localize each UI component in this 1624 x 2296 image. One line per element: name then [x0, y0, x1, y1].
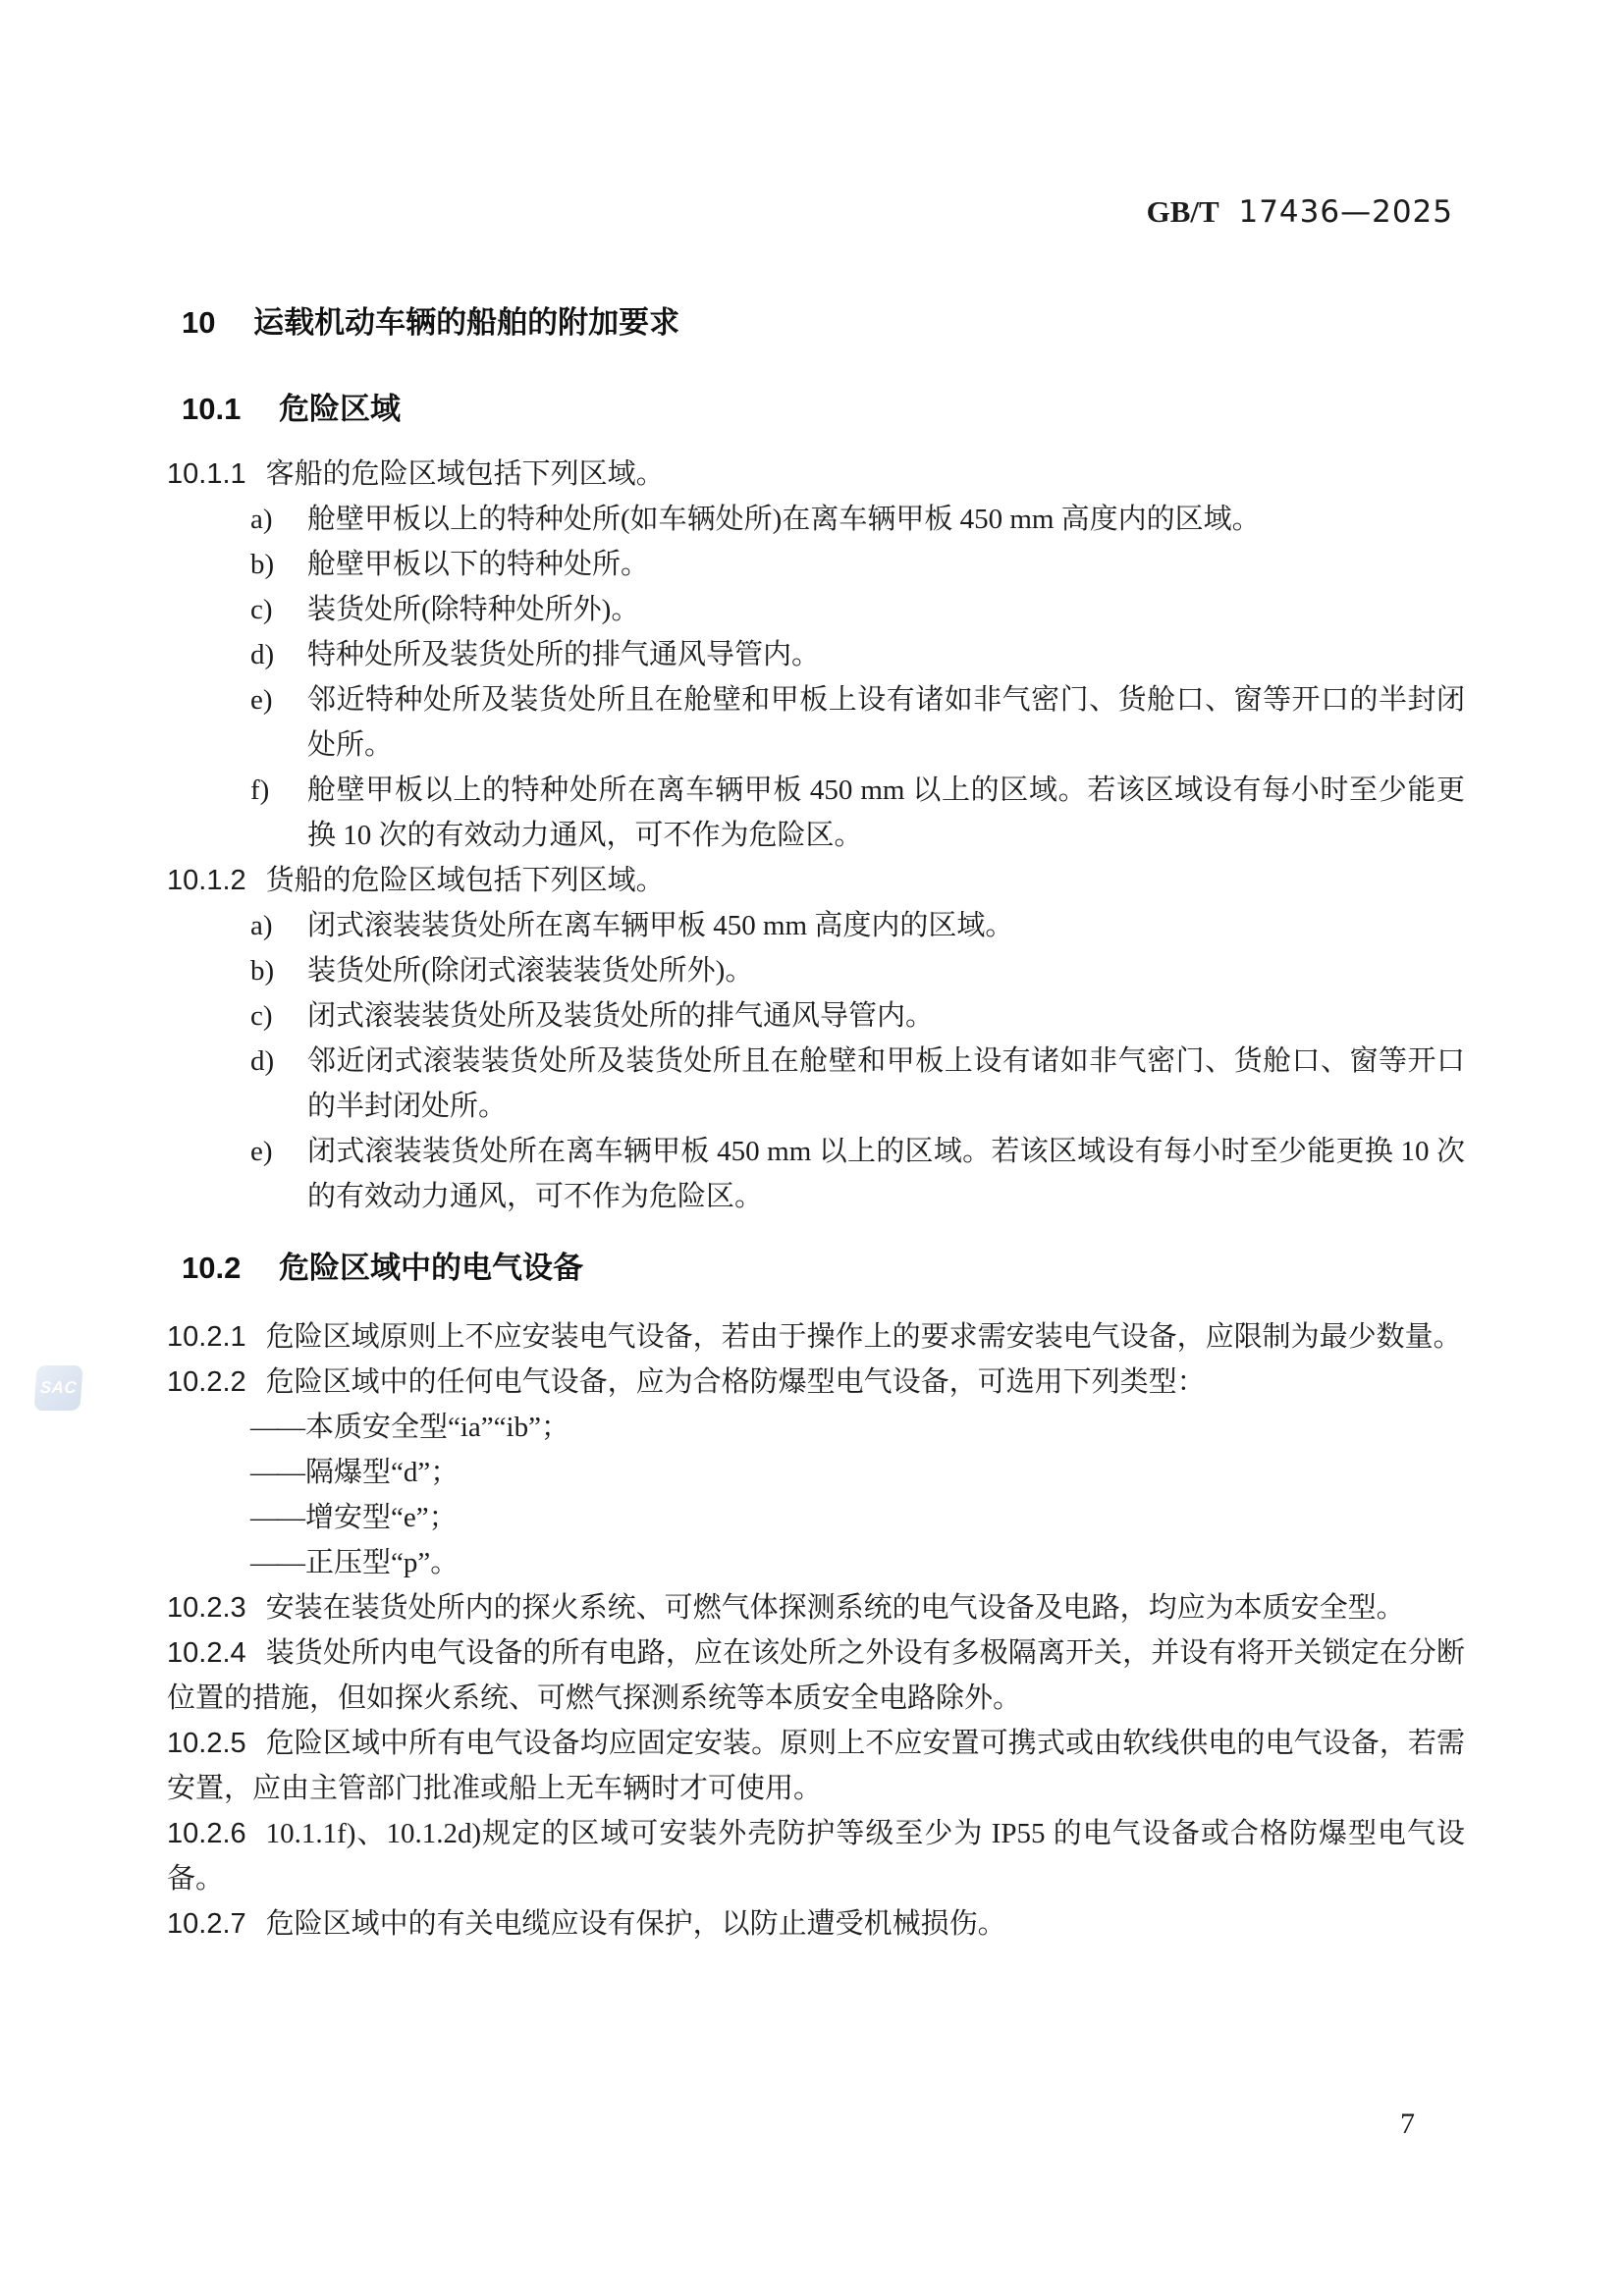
em-dash: ——	[250, 1502, 303, 1533]
clause-text: 货船的危险区域包括下列区域。	[266, 865, 665, 896]
clause-10-2-7: 10.2.7危险区域中的有关电缆应设有保护，以防止遭受机械损伤。	[167, 1901, 1465, 1947]
sac-watermark-text: SAC	[39, 1378, 78, 1398]
dash-item-text: 隔爆型“d”；	[305, 1457, 459, 1488]
clause-10-2-1: 10.2.1危险区域原则上不应安装电气设备，若由于操作上的要求需安装电气设备，应…	[167, 1314, 1465, 1360]
clause-number: 10.2.1	[167, 1321, 246, 1353]
list-item-label: b)	[250, 948, 307, 993]
em-dash: ——	[250, 1547, 303, 1578]
clause-10-2-5: 10.2.5危险区域中所有电气设备均应固定安装。原则上不应安置可携式或由软线供电…	[167, 1721, 1465, 1811]
list-item: f) 舱壁甲板以上的特种处所在离车辆甲板 450 mm 以上的区域。若该区域设有…	[167, 768, 1465, 858]
standard-code-number: 17436—2025	[1238, 194, 1453, 230]
list-item-text: 邻近特种处所及装货处所且在舱壁和甲板上设有诸如非气密门、货舱口、窗等开口的半封闭…	[307, 677, 1465, 768]
dash-item-text: 正压型“p”。	[305, 1547, 459, 1578]
clause-text: 危险区域原则上不应安装电气设备，若由于操作上的要求需安装电气设备，应限制为最少数…	[266, 1321, 1462, 1353]
list-item-label: a)	[250, 497, 307, 542]
list-item-text: 舱壁甲板以上的特种处所在离车辆甲板 450 mm 以上的区域。若该区域设有每小时…	[307, 768, 1465, 858]
clause-10-2-6: 10.2.610.1.1f)、10.1.2d)规定的区域可安装外壳防护等级至少为…	[167, 1811, 1465, 1901]
clause-number: 10.2.4	[167, 1637, 246, 1669]
dash-list-item: ——正压型“p”。	[167, 1540, 1465, 1585]
list-item: d) 特种处所及装货处所的排气通风导管内。	[167, 632, 1465, 677]
clause-text: 客船的危险区域包括下列区域。	[266, 458, 665, 490]
sac-watermark-badge: SAC	[33, 1365, 82, 1411]
clause-number: 10.2.2	[167, 1366, 246, 1398]
clause-number: 10.2.6	[167, 1818, 246, 1849]
document-page: GB/T 17436—2025 SAC 10 运载机动车辆的船舶的附加要求 10…	[0, 0, 1624, 2296]
list-item: a) 舱壁甲板以上的特种处所(如车辆处所)在离车辆甲板 450 mm 高度内的区…	[167, 497, 1465, 542]
clause-text: 10.1.1f)、10.1.2d)规定的区域可安装外壳防护等级至少为 IP55 …	[167, 1818, 1465, 1895]
list-item-text: 舱壁甲板以下的特种处所。	[307, 542, 1465, 587]
section-number: 10.2	[182, 1251, 241, 1285]
clause-text: 危险区域中的有关电缆应设有保护，以防止遭受机械损伤。	[266, 1908, 1006, 1940]
list-item-label: c)	[250, 587, 307, 632]
list-item: a) 闭式滚装装货处所在离车辆甲板 450 mm 高度内的区域。	[167, 903, 1465, 948]
standard-code: GB/T 17436—2025	[1147, 194, 1453, 230]
chapter-heading: 10 运载机动车辆的船舶的附加要求	[167, 300, 1465, 346]
clause-text: 安装在装货处所内的探火系统、可燃气体探测系统的电气设备及电路，均应为本质安全型。	[266, 1592, 1405, 1624]
clause-number: 10.2.7	[167, 1908, 246, 1940]
clause-10-1-1: 10.1.1客船的危险区域包括下列区域。	[167, 452, 1465, 497]
list-item-label: a)	[250, 903, 307, 948]
chapter-title: 运载机动车辆的船舶的附加要求	[253, 305, 679, 340]
standard-code-prefix: GB/T	[1147, 194, 1219, 229]
section-title: 危险区域中的电气设备	[279, 1251, 583, 1285]
list-item-text: 特种处所及装货处所的排气通风导管内。	[307, 632, 1465, 677]
document-content: 10 运载机动车辆的船舶的附加要求 10.1 危险区域 10.1.1客船的危险区…	[167, 300, 1465, 1947]
list-item-text: 装货处所(除特种处所外)。	[307, 587, 1465, 632]
list-item-label: d)	[250, 632, 307, 677]
dash-list-item: ——本质安全型“ia”“ib”；	[167, 1405, 1465, 1450]
list-item-text: 邻近闭式滚装装货处所及装货处所且在舱壁和甲板上设有诸如非气密门、货舱口、窗等开口…	[307, 1039, 1465, 1129]
list-item-label: c)	[250, 993, 307, 1039]
list-item-label: f)	[250, 768, 307, 858]
list-item: c) 闭式滚装装货处所及装货处所的排气通风导管内。	[167, 993, 1465, 1039]
list-item: b) 舱壁甲板以下的特种处所。	[167, 542, 1465, 587]
em-dash: ——	[250, 1412, 303, 1443]
clause-10-2-4: 10.2.4装货处所内电气设备的所有电路，应在该处所之外设有多极隔离开关，并设有…	[167, 1630, 1465, 1721]
list-item: c) 装货处所(除特种处所外)。	[167, 587, 1465, 632]
dash-list-item: ——增安型“e”；	[167, 1495, 1465, 1540]
section-number: 10.1	[182, 392, 241, 426]
list-item-text: 舱壁甲板以上的特种处所(如车辆处所)在离车辆甲板 450 mm 高度内的区域。	[307, 497, 1465, 542]
clause-number: 10.2.3	[167, 1592, 246, 1624]
em-dash: ——	[250, 1457, 303, 1488]
list-item-label: e)	[250, 1129, 307, 1219]
dash-list-item: ——隔爆型“d”；	[167, 1450, 1465, 1495]
list-item: b) 装货处所(除闭式滚装装货处所外)。	[167, 948, 1465, 993]
list-item-label: e)	[250, 677, 307, 768]
chapter-number: 10	[182, 305, 215, 340]
dash-item-text: 增安型“e”；	[305, 1502, 458, 1533]
list-item: e) 闭式滚装装货处所在离车辆甲板 450 mm 以上的区域。若该区域设有每小时…	[167, 1129, 1465, 1219]
clause-text: 危险区域中的任何电气设备，应为合格防爆型电气设备，可选用下列类型：	[266, 1366, 1206, 1398]
list-item-label: d)	[250, 1039, 307, 1129]
list-item: d) 邻近闭式滚装装货处所及装货处所且在舱壁和甲板上设有诸如非气密门、货舱口、窗…	[167, 1039, 1465, 1129]
section-heading-10-2: 10.2 危险区域中的电气设备	[167, 1246, 1465, 1291]
clause-number: 10.1.2	[167, 865, 246, 896]
section-heading-10-1: 10.1 危险区域	[167, 387, 1465, 432]
clause-text: 危险区域中所有电气设备均应固定安装。原则上不应安置可携式或由软线供电的电气设备，…	[167, 1728, 1465, 1804]
list-item-text: 闭式滚装装货处所在离车辆甲板 450 mm 以上的区域。若该区域设有每小时至少能…	[307, 1129, 1465, 1219]
clause-10-2-3: 10.2.3安装在装货处所内的探火系统、可燃气体探测系统的电气设备及电路，均应为…	[167, 1585, 1465, 1630]
clause-10-1-2: 10.1.2货船的危险区域包括下列区域。	[167, 858, 1465, 903]
clause-text: 装货处所内电气设备的所有电路，应在该处所之外设有多极隔离开关，并设有将开关锁定在…	[167, 1637, 1465, 1714]
clause-number: 10.1.1	[167, 458, 246, 490]
clause-10-2-2: 10.2.2危险区域中的任何电气设备，应为合格防爆型电气设备，可选用下列类型：	[167, 1360, 1465, 1405]
page-number: 7	[1400, 2107, 1415, 2142]
section-title: 危险区域	[279, 392, 401, 426]
dash-item-text: 本质安全型“ia”“ib”；	[305, 1412, 569, 1443]
clause-number: 10.2.5	[167, 1728, 246, 1759]
list-item-text: 闭式滚装装货处所在离车辆甲板 450 mm 高度内的区域。	[307, 903, 1465, 948]
list-item-text: 装货处所(除闭式滚装装货处所外)。	[307, 948, 1465, 993]
list-item-label: b)	[250, 542, 307, 587]
list-item: e) 邻近特种处所及装货处所且在舱壁和甲板上设有诸如非气密门、货舱口、窗等开口的…	[167, 677, 1465, 768]
list-item-text: 闭式滚装装货处所及装货处所的排气通风导管内。	[307, 993, 1465, 1039]
